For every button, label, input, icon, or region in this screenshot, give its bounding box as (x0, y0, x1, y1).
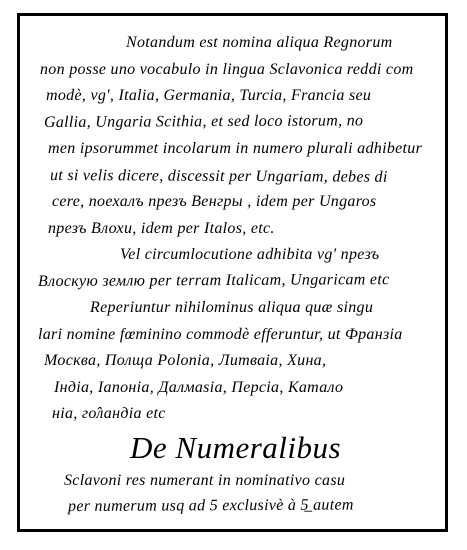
manuscript-line: non posse uno vocabulo in lingua Sclavon… (40, 57, 441, 84)
manuscript-line: Vel circumlocutione adhibita vg' презъ (120, 242, 441, 269)
manuscript-line: men ipsorummet incolarum in numero plura… (48, 136, 441, 163)
manuscript-line: Sclavoni res numerant in nominativo casu (64, 468, 441, 495)
manuscript-line: Москва, Полща Polonia, Литваіа, Хина, (44, 348, 441, 375)
manuscript-line: Reperiuntur nihilominus aliqua quæ singu (90, 295, 441, 322)
manuscript-line: Notandum est nomina aliqua Regnorum (126, 30, 441, 57)
scanned-manuscript-page: Notandum est nomina aliqua Regnorum non … (0, 0, 467, 550)
manuscript-text: Notandum est nomina aliqua Regnorum non … (38, 30, 441, 521)
manuscript-line: презъ Влохи, idem per Italos, etc. (48, 216, 441, 243)
page-frame: Notandum est nomina aliqua Regnorum non … (17, 13, 448, 532)
manuscript-line: per numerum usq ad 5 exclusivè à 5̲ aute… (68, 492, 441, 520)
manuscript-line: Gallia, Ungaria Scithia, et sed loco ist… (44, 107, 441, 136)
manuscript-line: ut si velis dicere, discessit per Ungari… (50, 163, 441, 192)
manuscript-line: modè, vg', Italia, Germania, Turcia, Fra… (46, 83, 441, 110)
manuscript-line: lari nomine fœminino commodè efferuntur,… (38, 322, 441, 349)
manuscript-line: Індіа, Іапоніа, Далмаѕіа, Персіа, Катало (54, 375, 441, 402)
manuscript-line: ніа, го̂ландіа etc (52, 401, 441, 428)
section-heading: De Numeralibus (130, 428, 441, 468)
manuscript-line: cere, поехалъ презъ Венгры , idem per Un… (52, 189, 441, 216)
manuscript-line: Влоскую землю per terram Italicam, Ungar… (38, 266, 441, 295)
